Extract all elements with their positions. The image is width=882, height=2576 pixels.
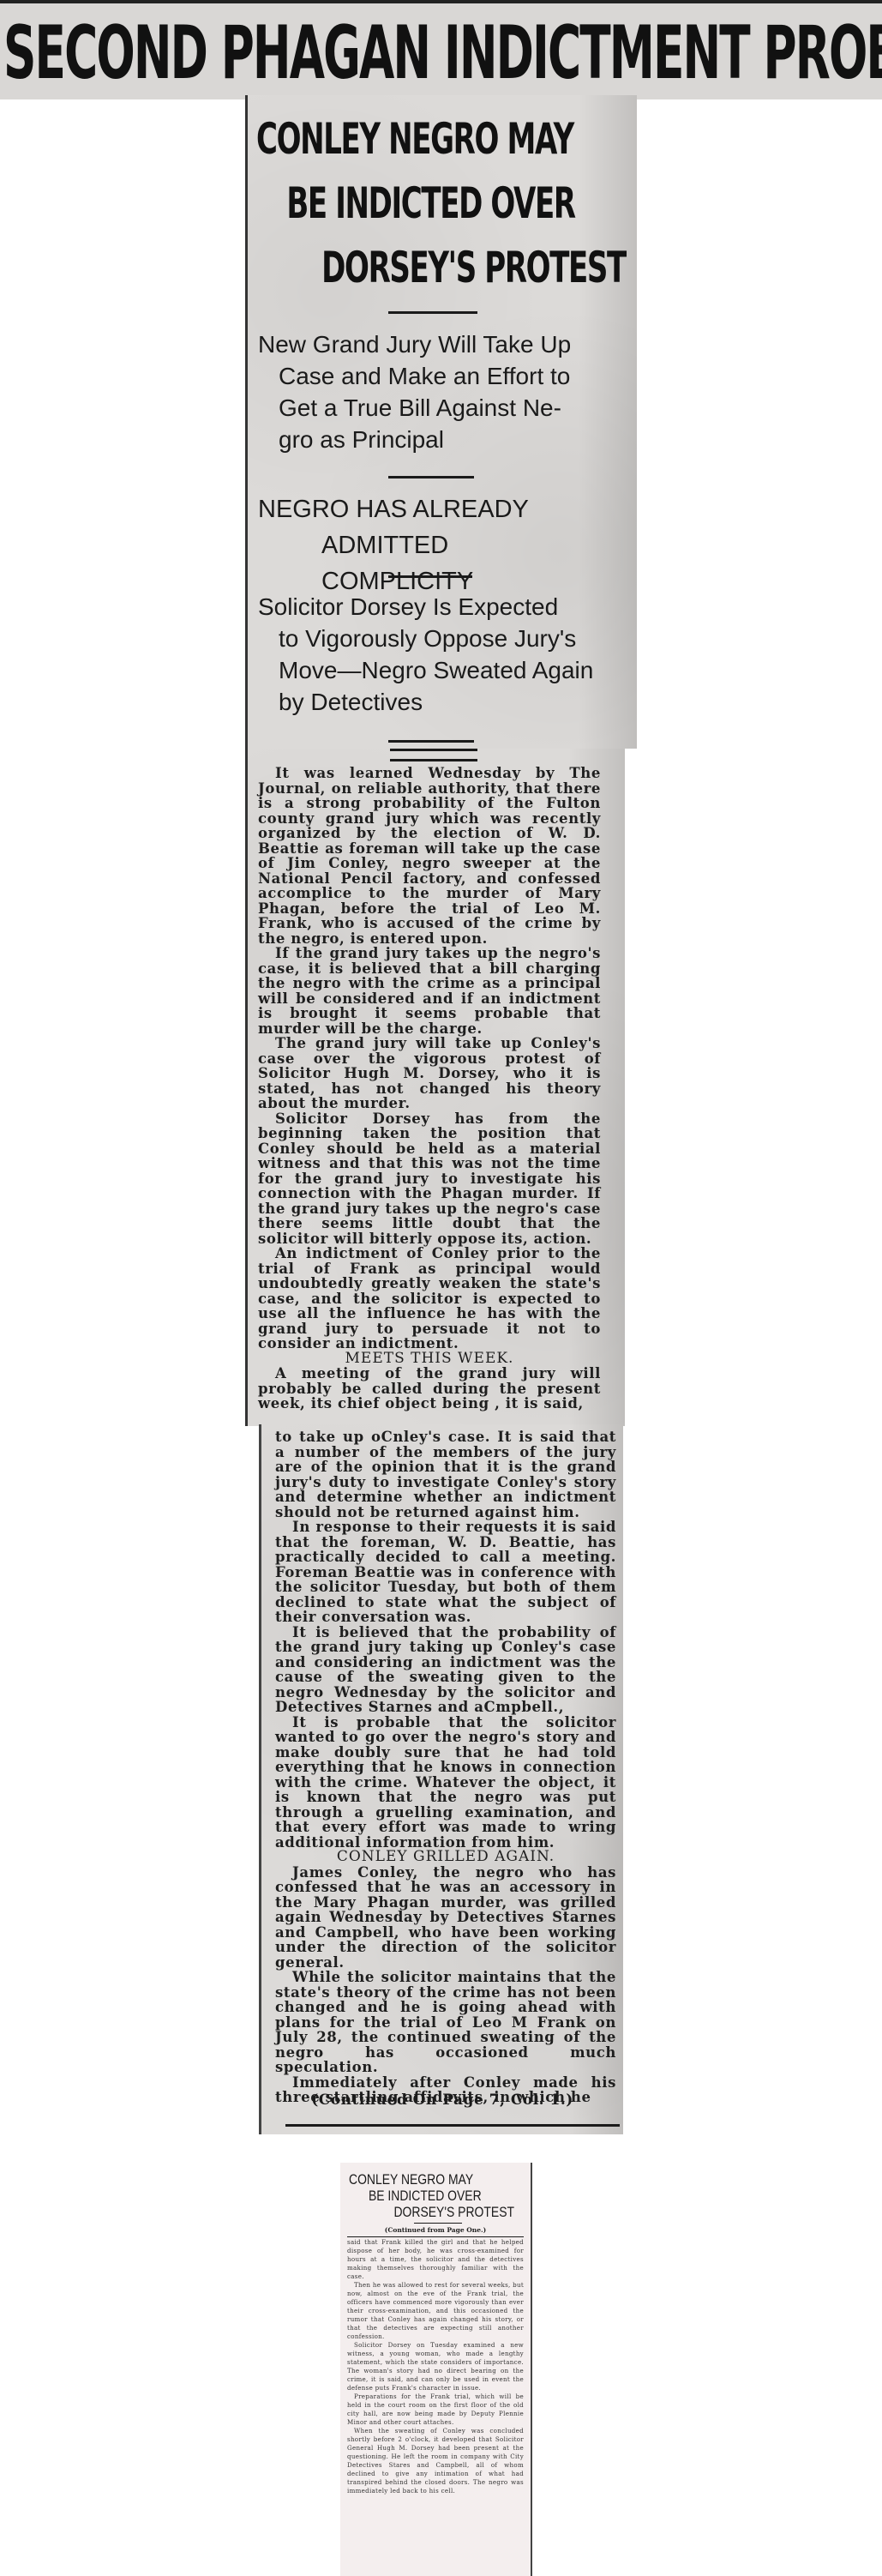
continuation-clip: CONLEY NEGRO MAY BE INDICTED OVER DORSEY… [340, 2163, 532, 2576]
article-text-2: to take up oCnley's case. It is said tha… [275, 1429, 616, 2105]
continuation-headline-line: DORSEY'S PROTEST [393, 2204, 560, 2220]
continuation-text: said that Frank killed the girl and that… [347, 2238, 524, 2495]
section-subhead: MEETS THIS WEEK. [258, 1351, 601, 1367]
divider-rule [388, 311, 477, 314]
caps-subheadline-line: ADMITTED COMPLICITY [258, 527, 601, 599]
main-headline-line: CONLEY NEGRO MAY [256, 107, 501, 172]
paragraph: A meeting of the grand jury will probabl… [258, 1366, 601, 1411]
paragraph: In response to their requests it is said… [275, 1520, 616, 1625]
banner-headline-strip: SECOND PHAGAN INDICTMENT PROBABLE [0, 0, 882, 99]
article-column-1: It was learned Wednesday by The Journal,… [245, 749, 625, 1426]
main-headline-line: BE INDICTED OVER [286, 172, 501, 236]
paragraph: If the grand jury takes up the negro's c… [258, 946, 601, 1036]
continued-from-notice: (Continued from Page One.) [340, 2226, 531, 2234]
divider-rule [388, 575, 472, 578]
paragraph: to take up oCnley's case. It is said tha… [275, 1429, 616, 1520]
subheadline-line: Move—Negro Sweated Again [258, 654, 601, 686]
continued-on-notice: (Continued On Page 7, Col. 1.) [261, 2091, 623, 2109]
continuation-headline-line: BE INDICTED OVER [369, 2188, 560, 2204]
paragraph: Solicitor Dorsey has from the beginning … [258, 1111, 601, 1247]
subheadline-line: gro as Principal [258, 424, 601, 455]
subheadline-line: Case and Make an Effort to [258, 360, 601, 392]
paragraph: James Conley, the negro who has confesse… [275, 1865, 616, 1971]
caps-subheadline: NEGRO HAS ALREADY ADMITTED COMPLICITY [258, 491, 601, 599]
paragraph: It is believed that the probability of t… [275, 1625, 616, 1715]
paragraph: When the sweating of Conley was conclude… [347, 2427, 524, 2495]
subheadline-line: Get a True Bill Against Ne- [258, 392, 601, 424]
paragraph: While the solicitor maintains that the s… [275, 1970, 616, 2075]
continuation-headline-line: CONLEY NEGRO MAY [349, 2171, 560, 2188]
caps-subheadline-line: NEGRO HAS ALREADY [258, 491, 601, 527]
paragraph: It was learned Wednesday by The Journal,… [258, 766, 601, 946]
divider-rule [347, 2236, 524, 2237]
subheadline-line: to Vigorously Oppose Jury's [258, 623, 601, 654]
paragraph: Then he was allowed to rest for several … [347, 2281, 524, 2341]
divider-rule [388, 476, 474, 478]
main-headline: CONLEY NEGRO MAY BE INDICTED OVER DORSEY… [256, 107, 501, 300]
divider-rule [414, 2223, 462, 2224]
continuation-headline: CONLEY NEGRO MAY BE INDICTED OVER DORSEY… [349, 2171, 560, 2220]
divider-rule [388, 740, 474, 743]
paragraph: Solicitor Dorsey on Tuesday examined a n… [347, 2341, 524, 2392]
subheadline-line: by Detectives [258, 686, 601, 718]
subheadline-1: New Grand Jury Will Take Up Case and Mak… [258, 328, 601, 455]
section-subhead: CONLEY GRILLED AGAIN. [275, 1850, 616, 1865]
paragraph: Preparations for the Frank trial, which … [347, 2392, 524, 2427]
headline-deck: CONLEY NEGRO MAY BE INDICTED OVER DORSEY… [245, 95, 637, 749]
main-headline-line: DORSEY'S PROTEST [321, 236, 501, 300]
subheadline-line: Solicitor Dorsey Is Expected [258, 591, 601, 623]
banner-headline: SECOND PHAGAN INDICTMENT PROBABLE [3, 12, 546, 94]
paragraph: The grand jury will take up Conley's cas… [258, 1036, 601, 1111]
subheadline-line: New Grand Jury Will Take Up [258, 328, 601, 360]
article-column-2: to take up oCnley's case. It is said tha… [259, 1424, 623, 2134]
subheadline-2: Solicitor Dorsey Is Expected to Vigorous… [258, 591, 601, 718]
double-rule [390, 749, 477, 761]
paragraph: said that Frank killed the girl and that… [347, 2238, 524, 2281]
paragraph: It is probable that the solicitor wanted… [275, 1715, 616, 1851]
article-text-1: It was learned Wednesday by The Journal,… [258, 766, 601, 1411]
bottom-rule [285, 2124, 620, 2127]
paragraph: An indictment of Conley prior to the tri… [258, 1246, 601, 1351]
